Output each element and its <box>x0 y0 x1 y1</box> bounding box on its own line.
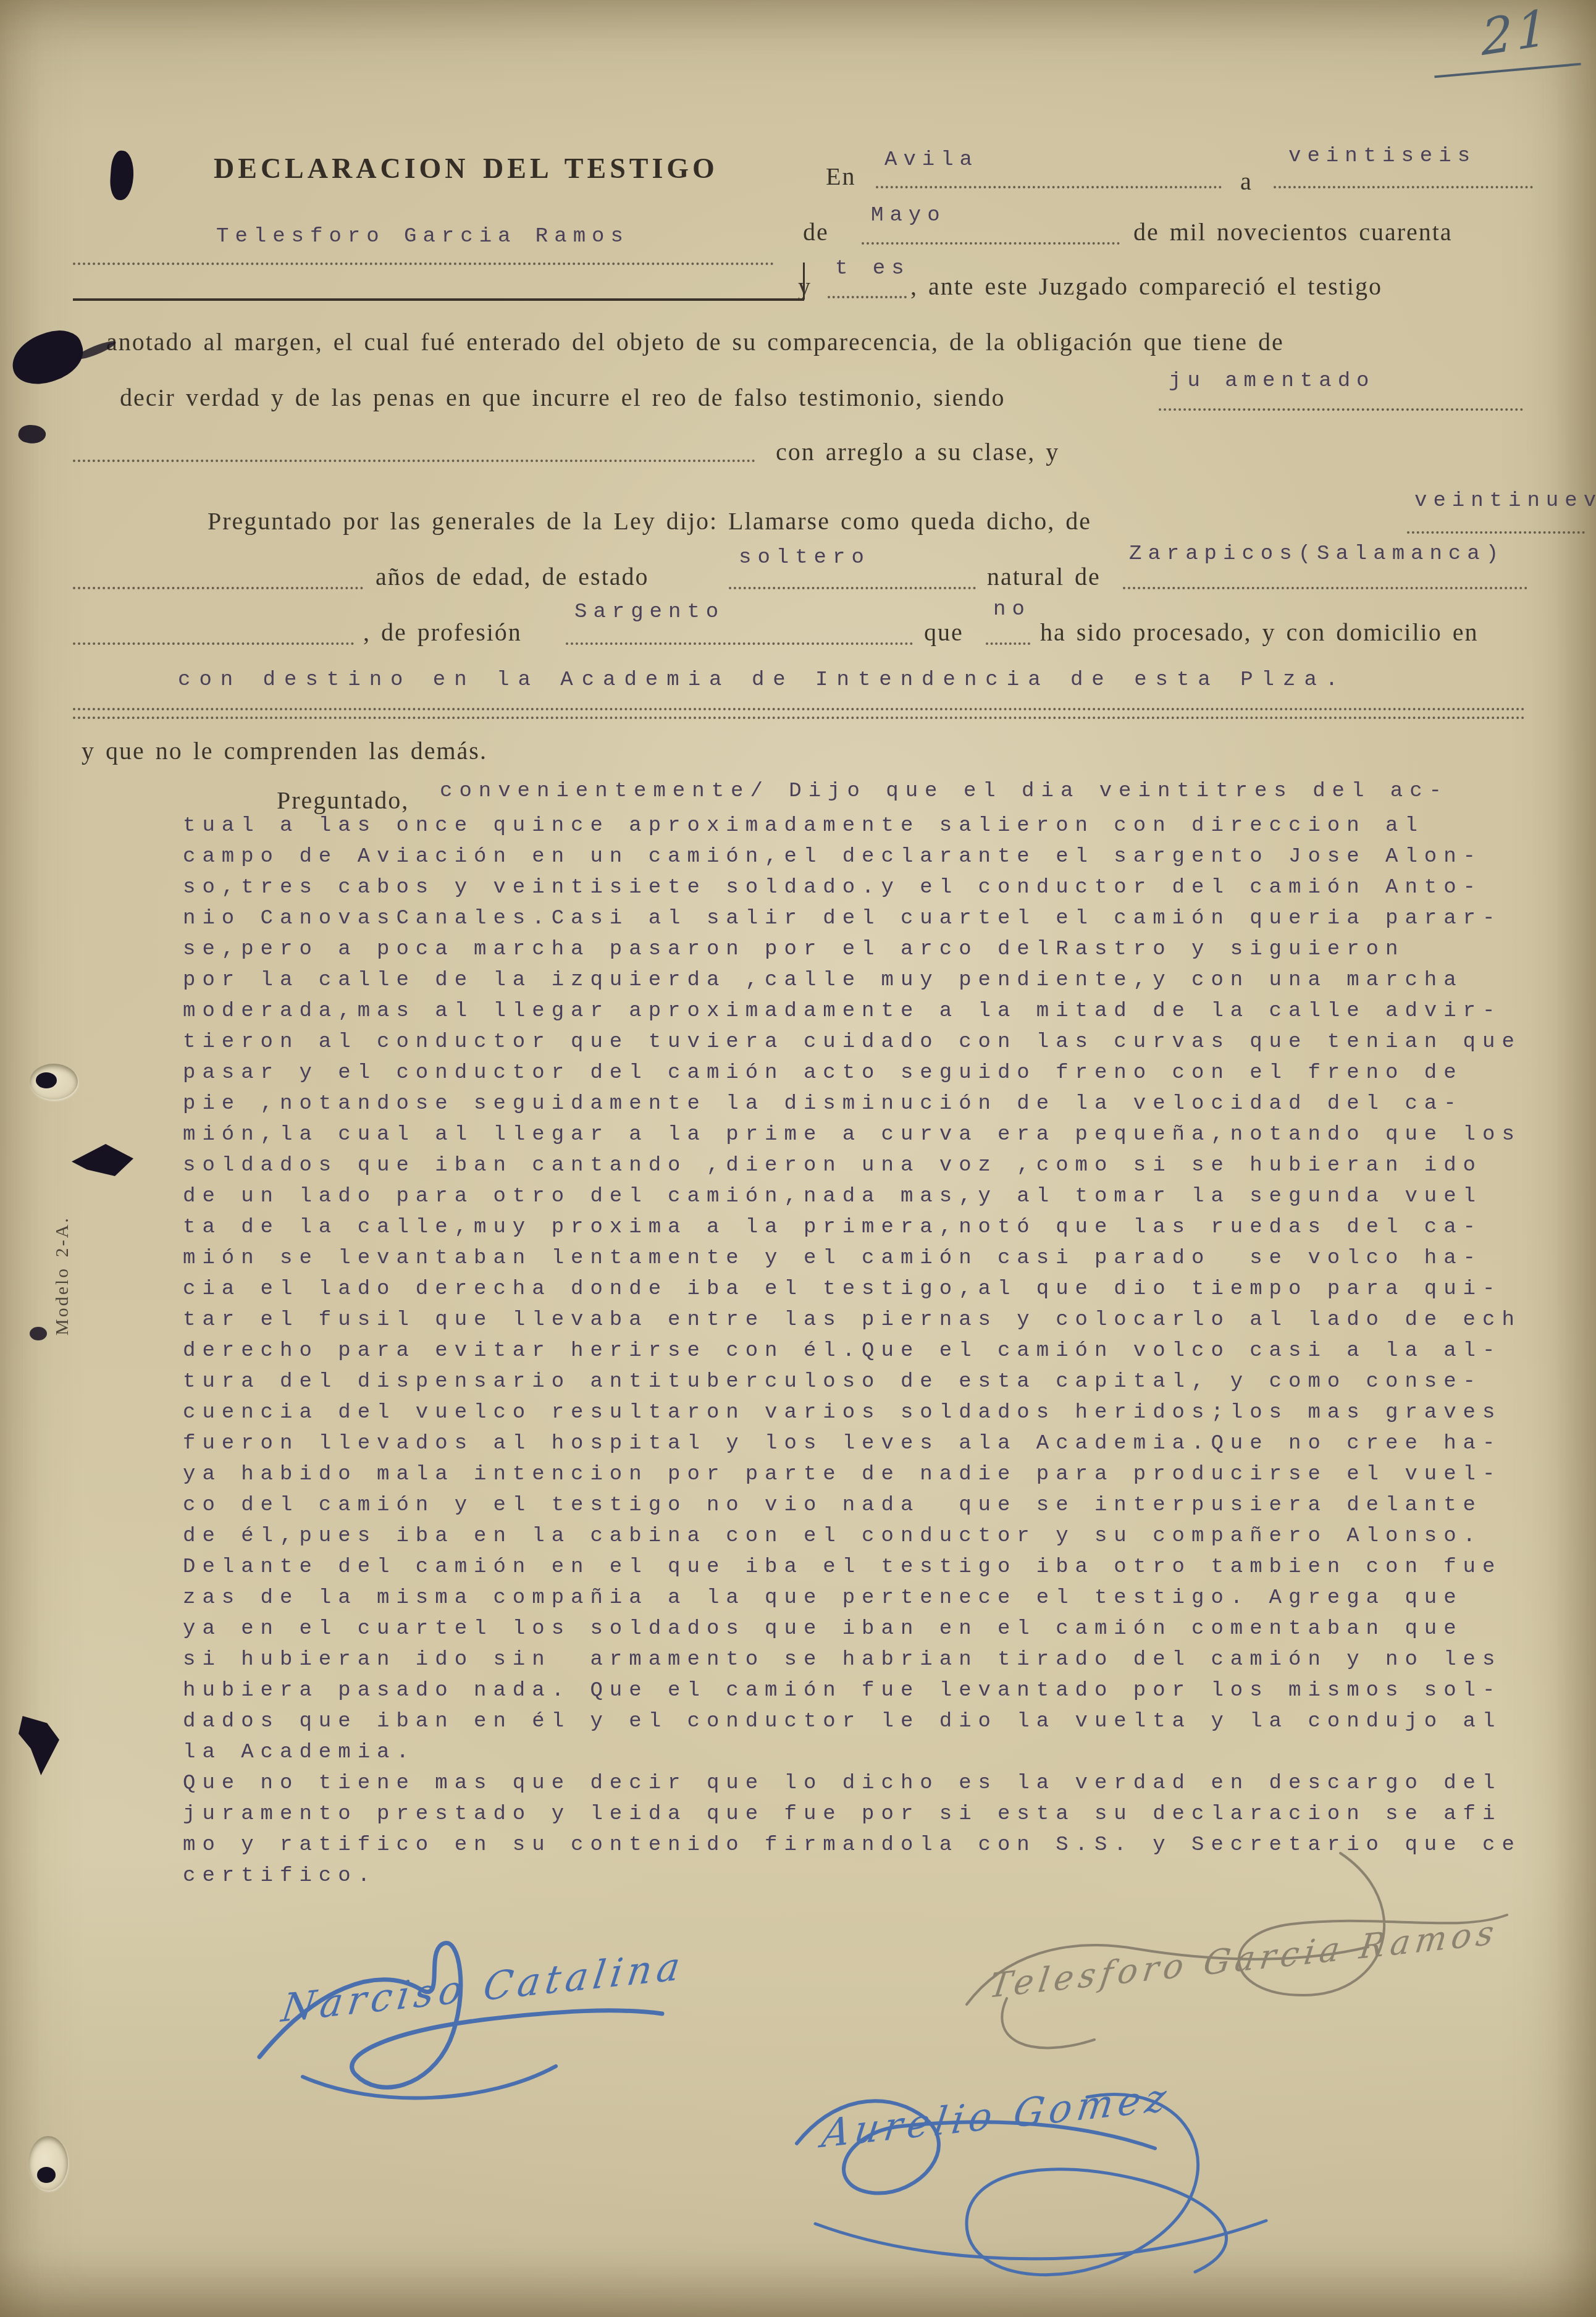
page-number: 21 <box>1481 0 1552 67</box>
label-de: de <box>803 217 829 246</box>
punch-hole-1-shadow <box>36 1072 57 1088</box>
month-dotted-rule <box>862 242 1120 245</box>
declaration-line: zas de la misma compañia a la que perten… <box>183 1583 1560 1613</box>
document-page: 21 DECLARACION DEL TESTIGO Telesforo Gar… <box>0 0 1596 2317</box>
field-domicilio: con destino en la Academia de Intendenci… <box>178 668 1346 692</box>
generales-line3b: que <box>924 618 964 647</box>
profesion-dotted-rule <box>566 642 913 645</box>
ink-blot <box>109 150 135 201</box>
declaration-line: de un lado para otro del camión,nada mas… <box>183 1181 1560 1212</box>
label-year-printed: de mil novecientos cuarenta <box>1133 217 1453 246</box>
declaration-line: campo de Aviación en un camión,el declar… <box>183 841 1560 872</box>
declaration-line: por la calle de la izquierda ,calle muy … <box>183 965 1560 996</box>
declaration-line: de él,pues iba en la cabina con el condu… <box>183 1521 1560 1552</box>
field-naturaleza: Zarapicos(Salamanca) <box>1129 542 1505 566</box>
generales-closing: y que no le comprenden las demás. <box>82 736 487 765</box>
page-number-underline <box>1434 63 1581 78</box>
name-dotted-rule <box>73 263 774 265</box>
form-title: DECLARACION DEL TESTIGO <box>214 152 718 185</box>
generales-line3a: , de profesión <box>363 618 522 647</box>
field-day: veintiseis <box>1288 145 1476 168</box>
declaration-line: ya en el cuartel los soldados que iban e… <box>183 1613 1560 1644</box>
witness-name-typed: Telesforo Garcia Ramos <box>216 225 629 248</box>
declaration-line: la Academia. <box>183 1737 1560 1768</box>
naturaleza-dotted-rule <box>1123 587 1527 589</box>
declaration-body: tual a las once quince aproximadamente s… <box>183 810 1560 1891</box>
tear-mark-2 <box>19 1716 59 1775</box>
label-y: y <box>798 272 812 301</box>
declaration-line: so,tres cabos y veintisiete soldado.y el… <box>183 872 1560 903</box>
generales-line2b: natural de <box>987 562 1101 591</box>
declaration-line: soldados que iban cantando ,dieron una v… <box>183 1150 1560 1181</box>
declaration-line: juramento prestado y leida que fue por s… <box>183 1799 1560 1830</box>
declaration-line: tura del dispensario antituberculoso de … <box>183 1366 1560 1397</box>
preamble-line3: con arreglo a su clase, y <box>776 437 1059 466</box>
tear-mark-1 <box>72 1144 133 1176</box>
declaration-line: co del camión y el testigo no vio nada q… <box>183 1490 1560 1521</box>
declaration-lead-typed: convenientemente/ Dijo que el dia veinti… <box>440 780 1448 803</box>
declaration-line: pie ,notandose seguidamente la disminuci… <box>183 1088 1560 1119</box>
declaration-line: nio CanovasCanales.Casi al salir del cua… <box>183 903 1560 934</box>
lead-dotted-rule-1 <box>73 587 363 589</box>
field-edad: veintinueve <box>1414 489 1596 513</box>
declaration-line: ta de la calle,muy proxima a la primera,… <box>183 1212 1560 1243</box>
punch-hole-2-shadow <box>37 2167 56 2183</box>
declaration-line: moderada,mas al llegar aproximadamente a… <box>183 996 1560 1027</box>
field-profesion: Sargento <box>574 600 724 624</box>
field-year-end: t es <box>835 257 910 280</box>
declaration-line: tar el fusil que llevaba entre las piern… <box>183 1305 1560 1335</box>
declaration-line: tual a las once quince aproximadamente s… <box>183 810 1560 841</box>
ink-speck <box>17 423 48 445</box>
label-en: En <box>826 162 855 191</box>
edad-dotted-rule <box>1407 531 1585 534</box>
generales-line2a: años de edad, de estado <box>376 562 649 591</box>
field-city: Avila <box>884 148 978 172</box>
estado-dotted-rule <box>729 587 976 589</box>
field-procesado: no <box>993 598 1031 621</box>
domicilio-dotted-rule-2 <box>73 717 1526 719</box>
secretary-signature-flourish <box>760 2038 1303 2304</box>
declaration-line: derecho para evitar herirse con él.Que e… <box>183 1335 1560 1366</box>
declaration-line: cuencia del vuelco resultaron varios sol… <box>183 1397 1560 1428</box>
generales-line3c: ha sido procesado, y con domicilio en <box>1040 618 1478 647</box>
city-dotted-rule <box>876 186 1222 188</box>
field-month: Mayo <box>871 204 946 227</box>
declaration-line: hubiera pasado nada. Que el camión fue l… <box>183 1675 1560 1706</box>
declaration-line: pasar y el conductor del camión acto seg… <box>183 1058 1560 1088</box>
declaration-line: dados que iban en él y el conductor le d… <box>183 1706 1560 1737</box>
year-dotted-rule <box>828 296 907 298</box>
preamble-line2: decir verdad y de las penas en que incur… <box>120 383 1006 412</box>
ink-speck-2 <box>30 1327 47 1340</box>
declaration-line: se,pero a poca marcha pasaron por el arc… <box>183 934 1560 965</box>
juramentado-dotted-rule <box>1159 408 1523 411</box>
margin-model-note: Modelo 2-A. <box>52 1076 73 1335</box>
declaration-line: mión,la cual al llegar a la prime a curv… <box>183 1119 1560 1150</box>
clase-dotted-rule <box>73 460 755 462</box>
declaration-line: tieron al conductor que tuviera cuidado … <box>183 1027 1560 1058</box>
field-estado: soltero <box>739 546 870 570</box>
field-juramentado: ju amentado <box>1169 369 1375 393</box>
domicilio-dotted-rule-1 <box>73 708 1526 710</box>
label-compareció: , ante este Juzgado compareció el testig… <box>910 272 1382 301</box>
procesado-dotted-rule <box>986 642 1030 645</box>
declaration-line: Que no tiene mas que decir que lo dicho … <box>183 1768 1560 1799</box>
declaration-line: fueron llevados al hospital y los leves … <box>183 1428 1560 1459</box>
lead-dotted-rule-2 <box>73 642 354 645</box>
declaration-line: si hubieran ido sin armamento se habrian… <box>183 1644 1560 1675</box>
declaration-line: ya habido mala intencion por parte de na… <box>183 1459 1560 1490</box>
day-dotted-rule <box>1274 186 1533 188</box>
preamble-line1: anotado al margen, el cual fué enterado … <box>106 327 1284 356</box>
declaration-line: mión se levantaban lentamente y el camió… <box>183 1243 1560 1274</box>
generales-line1: Preguntado por las generales de la Ley d… <box>208 507 1091 536</box>
name-solid-rule <box>73 298 804 301</box>
declaration-line: cia el lado derecha donde iba el testigo… <box>183 1274 1560 1305</box>
label-a: a <box>1240 167 1253 196</box>
declaration-line: Delante del camión en el que iba el test… <box>183 1552 1560 1583</box>
